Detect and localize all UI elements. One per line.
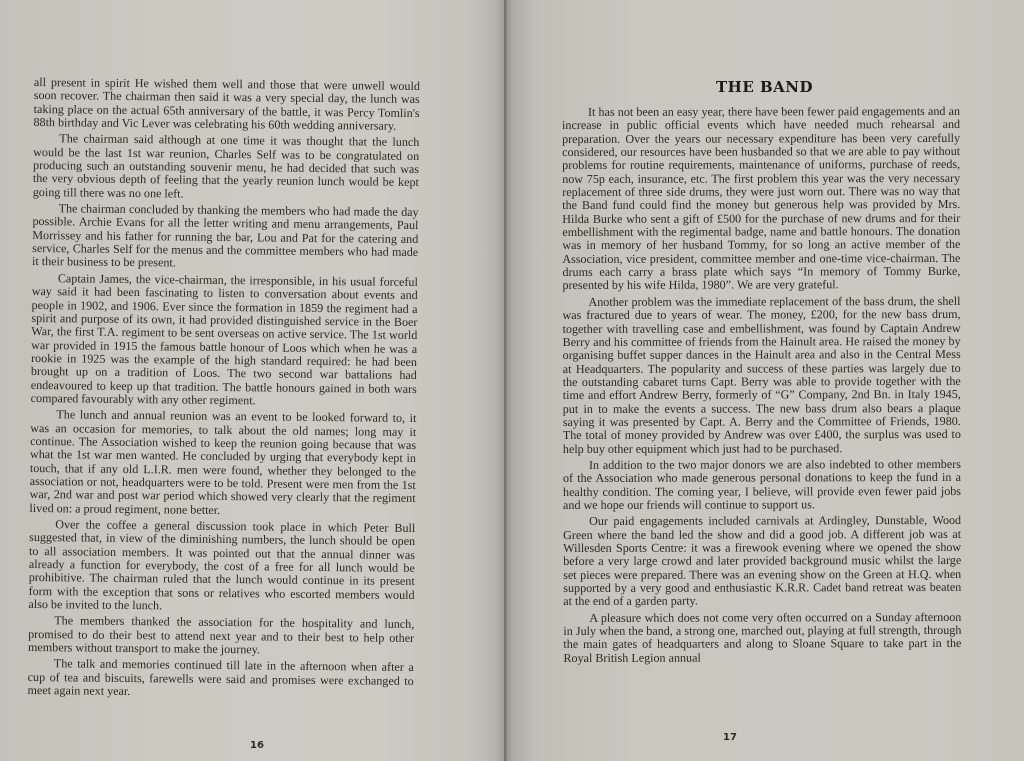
left-page-text: all present in spirit He wished them wel…: [27, 76, 420, 704]
paragraph: The lunch and annual reunion was an even…: [29, 408, 416, 519]
right-page: It has not been an easy year, there have…: [505, 0, 1024, 761]
paragraph: The chairman said although at one time i…: [33, 132, 420, 203]
paragraph: all present in spirit He wished them wel…: [33, 76, 420, 133]
paragraph: Captain James, the vice-chairman, the ir…: [31, 272, 418, 409]
right-page-text: It has not been an easy year, there have…: [562, 105, 961, 668]
page-number-right: 17: [723, 732, 737, 743]
book-spread: all present in spirit He wished them wel…: [0, 0, 1024, 761]
paragraph: Another problem was the immediate replac…: [562, 295, 960, 456]
paragraph: A pleasure which does not come very ofte…: [563, 611, 961, 665]
paragraph: It has not been an easy year, there have…: [562, 105, 960, 293]
paragraph: Our paid engagements included carnivals …: [563, 514, 961, 608]
paragraph: The members thanked the association for …: [28, 614, 414, 658]
paragraph: In addition to the two major donors we a…: [563, 458, 961, 512]
page-number-left: 16: [250, 740, 264, 751]
book-gutter: [504, 0, 507, 761]
paragraph: Over the coffee a general discussion too…: [28, 518, 415, 615]
paragraph: The chairman concluded by thanking the m…: [32, 202, 419, 273]
left-page: all present in spirit He wished them wel…: [0, 0, 505, 761]
paragraph: The talk and memories continued till lat…: [27, 657, 413, 701]
section-title: THE BAND: [505, 78, 1024, 96]
